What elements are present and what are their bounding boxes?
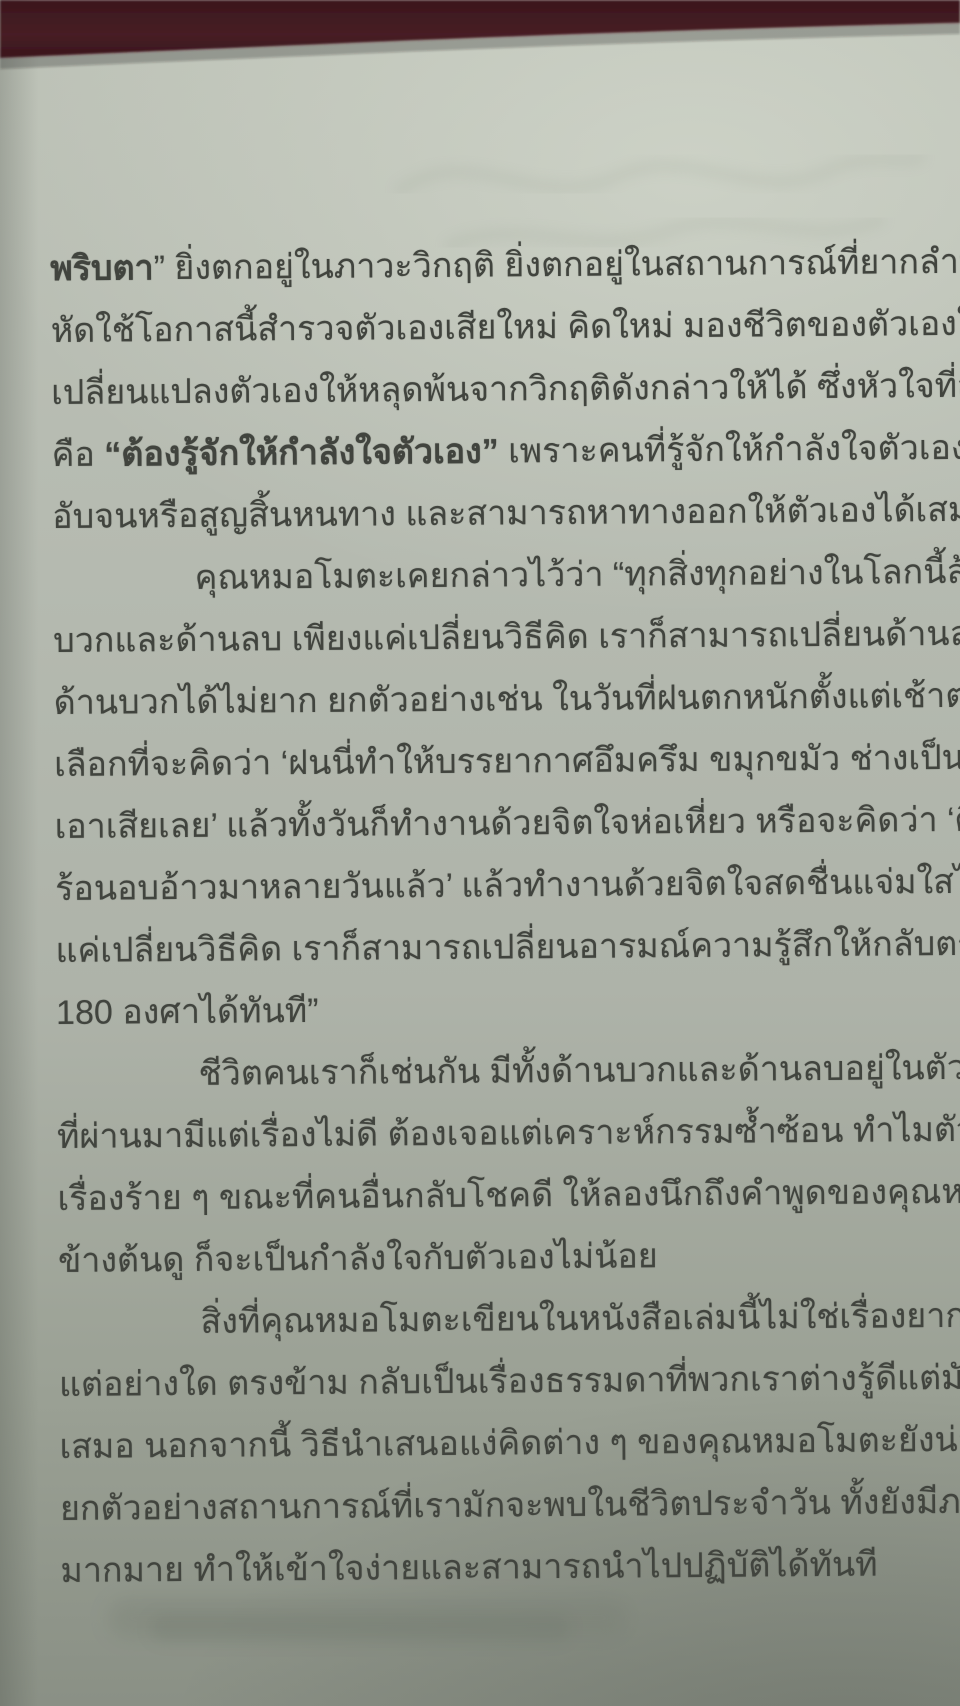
text-segment: มากมาย ทำให้เข้าใจง่ายและสามารถนำไปปฏิบั… [60, 1546, 877, 1590]
text-segment: อับจนหรือสูญสิ้นหนทาง และสามารถหาทางออกใ… [52, 491, 960, 536]
text-line: เอาเสียเลย’ แล้วทั้งวันก็ทำงานด้วยจิตใจห… [54, 789, 916, 858]
text-line: ข้างต้นดู ก็จะเป็นกำลังใจกับตัวเองไม่น้อ… [58, 1223, 920, 1292]
text-line: เปลี่ยนแปลงตัวเองให้หลุดพ้นจากวิกฤติดังก… [51, 355, 913, 424]
text-line: พริบตา” ยิ่งตกอยู่ในภาวะวิกฤติ ยิ่งตกอยู… [50, 231, 912, 300]
text-segment: เพราะคนที่รู้จักให้กำลังใจตัวเองจะไม่เคย [499, 428, 960, 471]
bold-text-segment: “ต้องรู้จักให้กำลังใจตัวเอง” [104, 432, 499, 473]
text-segment: เสมอ นอกจากนี้ วิธีนำเสนอแง่คิดต่าง ๆ ขอ… [59, 1419, 960, 1466]
text-line: มากมาย ทำให้เข้าใจง่ายและสามารถนำไปปฏิบั… [60, 1533, 922, 1602]
text-line: คุณหมอโมตะเคยกล่าวไว้ว่า “ทุกสิ่งทุกอย่า… [52, 541, 914, 610]
text-line: คือ “ต้องรู้จักให้กำลังใจตัวเอง” เพราะคน… [51, 417, 913, 486]
background-surface [0, 0, 960, 80]
text-segment: ” ยิ่งตกอยู่ในภาวะวิกฤติ ยิ่งตกอยู่ในสถา… [154, 242, 960, 288]
text-segment: ด้านบวกได้ไม่ยาก ยกตัวอย่างเช่น ในวันที่… [54, 675, 960, 722]
text-line: ชีวิตคนเราก็เช่นกัน มีทั้งด้านบวกและด้าน… [56, 1037, 918, 1106]
text-line: 180 องศาได้ทันที” [56, 975, 918, 1044]
text-segment: เอาเสียเลย’ แล้วทั้งวันก็ทำงานด้วยจิตใจห… [54, 800, 960, 846]
text-segment: แค่เปลี่ยนวิธีคิด เราก็สามารถเปลี่ยนอารม… [55, 924, 960, 970]
text-line: ร้อนอบอ้าวมาหลายวันแล้ว’ แล้วทำงานด้วยจิ… [55, 851, 917, 920]
photo-of-book-page: พริบตา” ยิ่งตกอยู่ในภาวะวิกฤติ ยิ่งตกอยู… [0, 0, 960, 1706]
text-segment: แต่อย่างใด ตรงข้าม กลับเป็นเรื่องธรรมดาท… [59, 1358, 960, 1404]
text-segment: เปลี่ยนแปลงตัวเองให้หลุดพ้นจากวิกฤติดังก… [51, 366, 960, 412]
text-segment: ชีวิตคนเราก็เช่นกัน มีทั้งด้านบวกและด้าน… [198, 1047, 960, 1093]
bold-text-segment: พริบตา [50, 249, 154, 288]
text-line: หัดใช้โอกาสนี้สำรวจตัวเองเสียใหม่ คิดใหม… [50, 293, 912, 362]
text-segment: เรื่องร้าย ๆ ขณะที่คนอื่นกลับโชคดี ให้ลอ… [57, 1172, 960, 1218]
text-segment: ข้างต้นดู ก็จะเป็นกำลังใจกับตัวเองไม่น้อ… [58, 1237, 658, 1280]
table-surface-shape [0, 0, 960, 80]
text-segment: ร้อนอบอ้าวมาหลายวันแล้ว’ แล้วทำงานด้วยจิ… [55, 862, 960, 908]
text-segment: คุณหมอโมตะเคยกล่าวไว้ว่า “ทุกสิ่งทุกอย่า… [195, 551, 960, 596]
page-showthrough-ghost [108, 1598, 628, 1638]
text-line: แต่อย่างใด ตรงข้าม กลับเป็นเรื่องธรรมดาท… [59, 1347, 921, 1416]
text-line: แค่เปลี่ยนวิธีคิด เราก็สามารถเปลี่ยนอารม… [55, 913, 917, 982]
text-segment: หัดใช้โอกาสนี้สำรวจตัวเองเสียใหม่ คิดใหม… [51, 304, 960, 350]
page-text-block: พริบตา” ยิ่งตกอยู่ในภาวะวิกฤติ ยิ่งตกอยู… [50, 231, 923, 1602]
text-line: เสมอ นอกจากนี้ วิธีนำเสนอแง่คิดต่าง ๆ ขอ… [59, 1409, 921, 1478]
text-segment: ที่ผ่านมามีแต่เรื่องไม่ดี ต้องเจอแต่เครา… [57, 1109, 960, 1156]
page-showthrough-ghost [150, 1614, 570, 1642]
text-line: ยกตัวอย่างสถานการณ์ที่เรามักจะพบในชีวิตป… [60, 1471, 922, 1540]
text-segment: คือ [52, 436, 105, 474]
text-segment: ยกตัวอย่างสถานการณ์ที่เรามักจะพบในชีวิตป… [60, 1482, 960, 1528]
text-line: เรื่องร้าย ๆ ขณะที่คนอื่นกลับโชคดี ให้ลอ… [57, 1161, 919, 1230]
text-segment: เลือกที่จะคิดว่า ‘ฝนนี่ทำให้บรรยากาศอึมค… [54, 737, 960, 784]
text-line: อับจนหรือสูญสิ้นหนทาง และสามารถหาทางออกใ… [52, 479, 914, 548]
text-line: ที่ผ่านมามีแต่เรื่องไม่ดี ต้องเจอแต่เครา… [57, 1099, 919, 1168]
text-segment: บวกและด้านลบ เพียงแค่เปลี่ยนวิธีคิด เราก… [53, 614, 960, 660]
text-line: บวกและด้านลบ เพียงแค่เปลี่ยนวิธีคิด เราก… [53, 603, 915, 672]
text-line: เลือกที่จะคิดว่า ‘ฝนนี่ทำให้บรรยากาศอึมค… [54, 727, 916, 796]
text-segment: 180 องศาได้ทันที” [56, 992, 319, 1032]
text-line: ด้านบวกได้ไม่ยาก ยกตัวอย่างเช่น ในวันที่… [53, 665, 915, 734]
text-segment: สิ่งที่คุณหมอโมตะเขียนในหนังสือเล่มนี้ไม… [200, 1295, 960, 1340]
text-line: สิ่งที่คุณหมอโมตะเขียนในหนังสือเล่มนี้ไม… [58, 1285, 920, 1354]
